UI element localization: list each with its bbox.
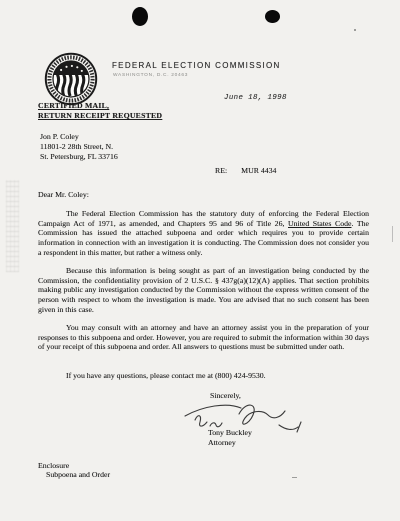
agency-name: FEDERAL ELECTION COMMISSION <box>112 61 281 70</box>
enclosure-item: Subpoena and Order <box>46 470 110 480</box>
hole-punch-mark-right <box>265 10 280 23</box>
salutation: Dear Mr. Coley: <box>38 190 89 200</box>
reference-label: RE: <box>215 166 227 176</box>
paragraph-4: If you have any questions, please contac… <box>38 371 369 381</box>
signer-title: Attorney <box>208 438 236 448</box>
margin-smudge <box>6 180 19 272</box>
paragraph-3-text: You may consult with an attorney and hav… <box>38 323 369 351</box>
signer-name: Tony Buckley <box>208 428 252 438</box>
hole-punch-mark-left <box>132 7 148 26</box>
certified-mail-line1: CERTIFIED MAIL, <box>38 101 162 111</box>
paragraph-2: Because this information is being sought… <box>38 266 369 315</box>
letter-date: June 18, 1998 <box>224 94 287 102</box>
scan-speck <box>354 29 356 31</box>
reference-line: RE: MUR 4434 <box>215 166 276 176</box>
edge-scan-line <box>392 226 393 242</box>
certified-mail-block: CERTIFIED MAIL, RETURN RECEIPT REQUESTED <box>38 101 162 121</box>
fec-seal-logo <box>44 52 98 106</box>
paragraph-3: You may consult with an attorney and hav… <box>38 323 369 352</box>
scanned-letter-page: FEDERAL ELECTION COMMISSION WASHINGTON, … <box>0 0 400 521</box>
agency-address: WASHINGTON, D.C. 20463 <box>113 73 188 78</box>
recipient-name: Jon P. Coley <box>40 132 118 142</box>
paragraph-1: The Federal Election Commission has the … <box>38 209 369 258</box>
certified-mail-line2: RETURN RECEIPT REQUESTED <box>38 111 162 121</box>
paragraph-1-underlined-citation: United States Code <box>288 219 351 228</box>
scan-dash <box>292 477 297 478</box>
paragraph-4-text: If you have any questions, please contac… <box>66 371 266 380</box>
recipient-city: St. Petersburg, FL 33716 <box>40 152 118 162</box>
reference-value: MUR 4434 <box>241 166 276 176</box>
recipient-street: 11801-2 28th Street, N. <box>40 142 118 152</box>
paragraph-2-text: Because this information is being sought… <box>38 266 369 314</box>
recipient-address-block: Jon P. Coley 11801-2 28th Street, N. St.… <box>40 132 118 161</box>
